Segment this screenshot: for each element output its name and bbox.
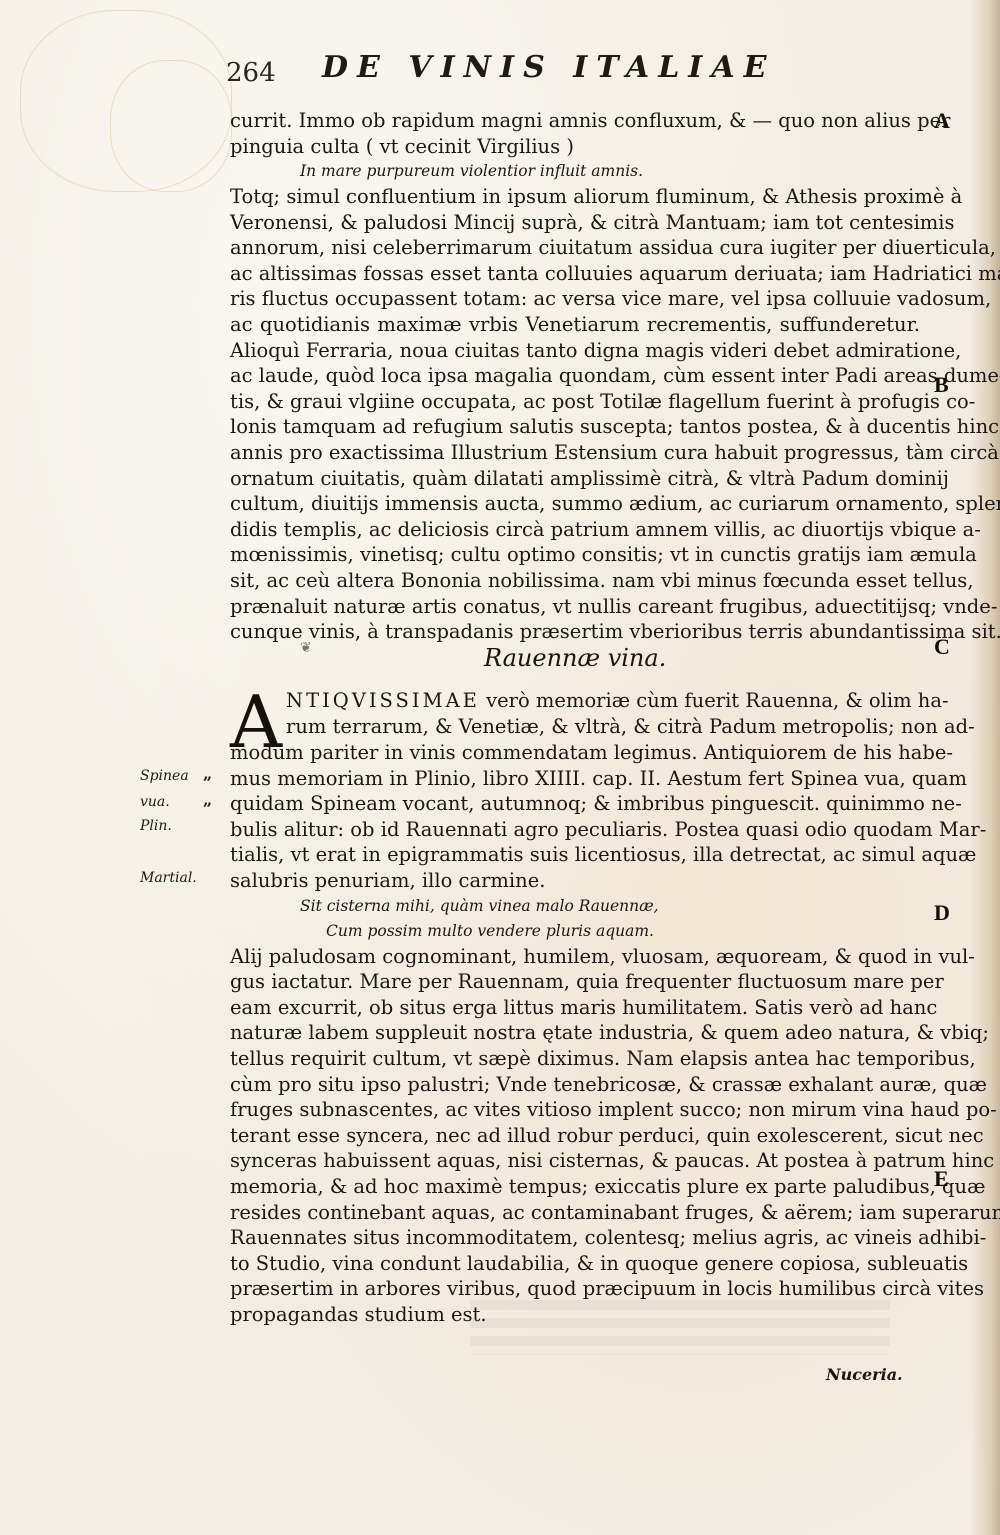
text-line: Alij paludosam cognominant, humilem, vlu… — [230, 944, 920, 970]
text-line: Alioquì Ferraria, noua ciuitas tanto dig… — [230, 338, 920, 364]
verse-quote: In mare purpureum violentior influit amn… — [230, 159, 920, 184]
text-line: NTIQVISSIMAE verò memoriæ cùm fuerit Rau… — [286, 688, 920, 714]
text-line: currit. Immo ob rapidum magni amnis conf… — [230, 108, 920, 134]
text-line: mœnissimis, vinetisq; cultu optimo consi… — [230, 542, 920, 568]
text-line: eam excurrit, ob situs erga littus maris… — [230, 995, 920, 1021]
text-line: Veronensi, & paludosi Mincij suprà, & ci… — [230, 210, 920, 236]
text-line: lonis tamquam ad refugium salutis suscep… — [230, 414, 920, 440]
text-line: to Studio, vina condunt laudabilia, & in… — [230, 1251, 920, 1277]
text-line: tis, & graui vlgiine occupata, ac post T… — [230, 389, 920, 415]
running-title: DE VINIS ITALIAE — [322, 50, 775, 85]
text-line: synceras habuissent aquas, nisi cisterna… — [230, 1148, 920, 1174]
text-line: salubris penuriam, illo carmine. — [230, 868, 920, 894]
paragraph-ferraria: Totq; simul confluentium in ipsum alioru… — [230, 184, 920, 645]
section-heading: Rauennæ vina. — [484, 644, 666, 672]
text-line: ac altissimas fossas esset tanta colluui… — [230, 261, 920, 287]
text-line: cultum, diuitijs immensis aucta, summo æ… — [230, 491, 920, 517]
text-line: ornatum ciuitatis, quàm dilatati ampliss… — [230, 466, 920, 492]
text-line: tellus requirit cultum, vt sæpè diximus.… — [230, 1046, 920, 1072]
first-word: NTIQVISSIMAE — [286, 689, 480, 712]
text-line: cunque vinis, à transpadanis præsertim v… — [230, 619, 920, 645]
margin-letter-d: D — [934, 900, 950, 926]
text-line: naturæ labem suppleuit nostra ętate indu… — [230, 1020, 920, 1046]
paragraph-opening: currit. Immo ob rapidum magni amnis conf… — [230, 108, 920, 184]
text-line: ris fluctus occupassent totam: ac versa … — [230, 286, 920, 312]
paragraph-rauenna: modum pariter in vinis commendatam legim… — [230, 740, 920, 1327]
side-quote-mark: „ — [203, 790, 212, 809]
catchword: Nuceria. — [826, 1365, 903, 1384]
book-page: 264 DE VINIS ITALIAE A B C D E currit. I… — [0, 0, 1000, 1535]
text-line: fruges subnascentes, ac vites vitioso im… — [230, 1097, 920, 1123]
text-line: didis templis, ac deliciosis circà patri… — [230, 517, 920, 543]
ornament-icon: ❦ — [300, 640, 312, 656]
verse-line: Cum possim multo vendere pluris aquam. — [230, 919, 920, 944]
side-note-vua: vua. — [140, 794, 170, 810]
text-line: Totq; simul confluentium in ipsum alioru… — [230, 184, 920, 210]
page-number: 264 — [226, 58, 276, 88]
water-stain — [110, 60, 232, 192]
text-line: annis pro exactissima Illustrium Estensi… — [230, 440, 920, 466]
text-line: ac quotidianis maximæ vrbis Venetiarum r… — [230, 312, 920, 338]
side-note-martial: Martial. — [140, 870, 197, 886]
text-line: cùm pro situ ipso palustri; Vnde tenebri… — [230, 1072, 920, 1098]
text-line: gus iactatur. Mare per Rauennam, quia fr… — [230, 969, 920, 995]
text-line: quidam Spineam vocant, autumnoq; & imbri… — [230, 791, 920, 817]
text-line: bulis alitur: ob id Rauennati agro pecul… — [230, 817, 920, 843]
text-line: rum terrarum, & Venetiæ, & vltrà, & citr… — [286, 714, 920, 740]
text-line: resides continebant aquas, ac contaminab… — [230, 1200, 920, 1226]
section-opening-lines: NTIQVISSIMAE verò memoriæ cùm fuerit Rau… — [286, 688, 920, 739]
side-note-spinea: Spinea — [140, 768, 189, 784]
show-through — [470, 1300, 890, 1355]
text-line: tialis, vt erat in epigrammatis suis lic… — [230, 842, 920, 868]
text-line: sit, ac ceù altera Bononia nobilissima. … — [230, 568, 920, 594]
text-line: memoria, & ad hoc maximè tempus; exiccat… — [230, 1174, 920, 1200]
running-head: 264 DE VINIS ITALIAE — [226, 50, 786, 90]
text-line: Rauennates situs incommoditatem, colente… — [230, 1225, 920, 1251]
text-line: terant esse syncera, nec ad illud robur … — [230, 1123, 920, 1149]
text-line: pinguia culta ( vt cecinit Virgilius ) — [230, 134, 920, 160]
text-line: præsertim in arbores viribus, quod præci… — [230, 1276, 920, 1302]
side-quote-mark: „ — [203, 764, 212, 783]
side-note-plin: Plin. — [140, 818, 172, 834]
text-line: modum pariter in vinis commendatam legim… — [230, 740, 920, 766]
verse-line: Sit cisterna mihi, quàm vinea malo Rauen… — [230, 894, 920, 919]
text-line: prænaluit naturæ artis conatus, vt nulli… — [230, 594, 920, 620]
first-line-rest: verò memoriæ cùm fuerit Rauenna, & olim … — [480, 689, 949, 712]
text-line: ac laude, quòd loca ipsa magalia quondam… — [230, 363, 920, 389]
text-line: mus memoriam in Plinio, libro XIIII. cap… — [230, 766, 920, 792]
text-line: annorum, nisi celeberrimarum ciuitatum a… — [230, 235, 920, 261]
